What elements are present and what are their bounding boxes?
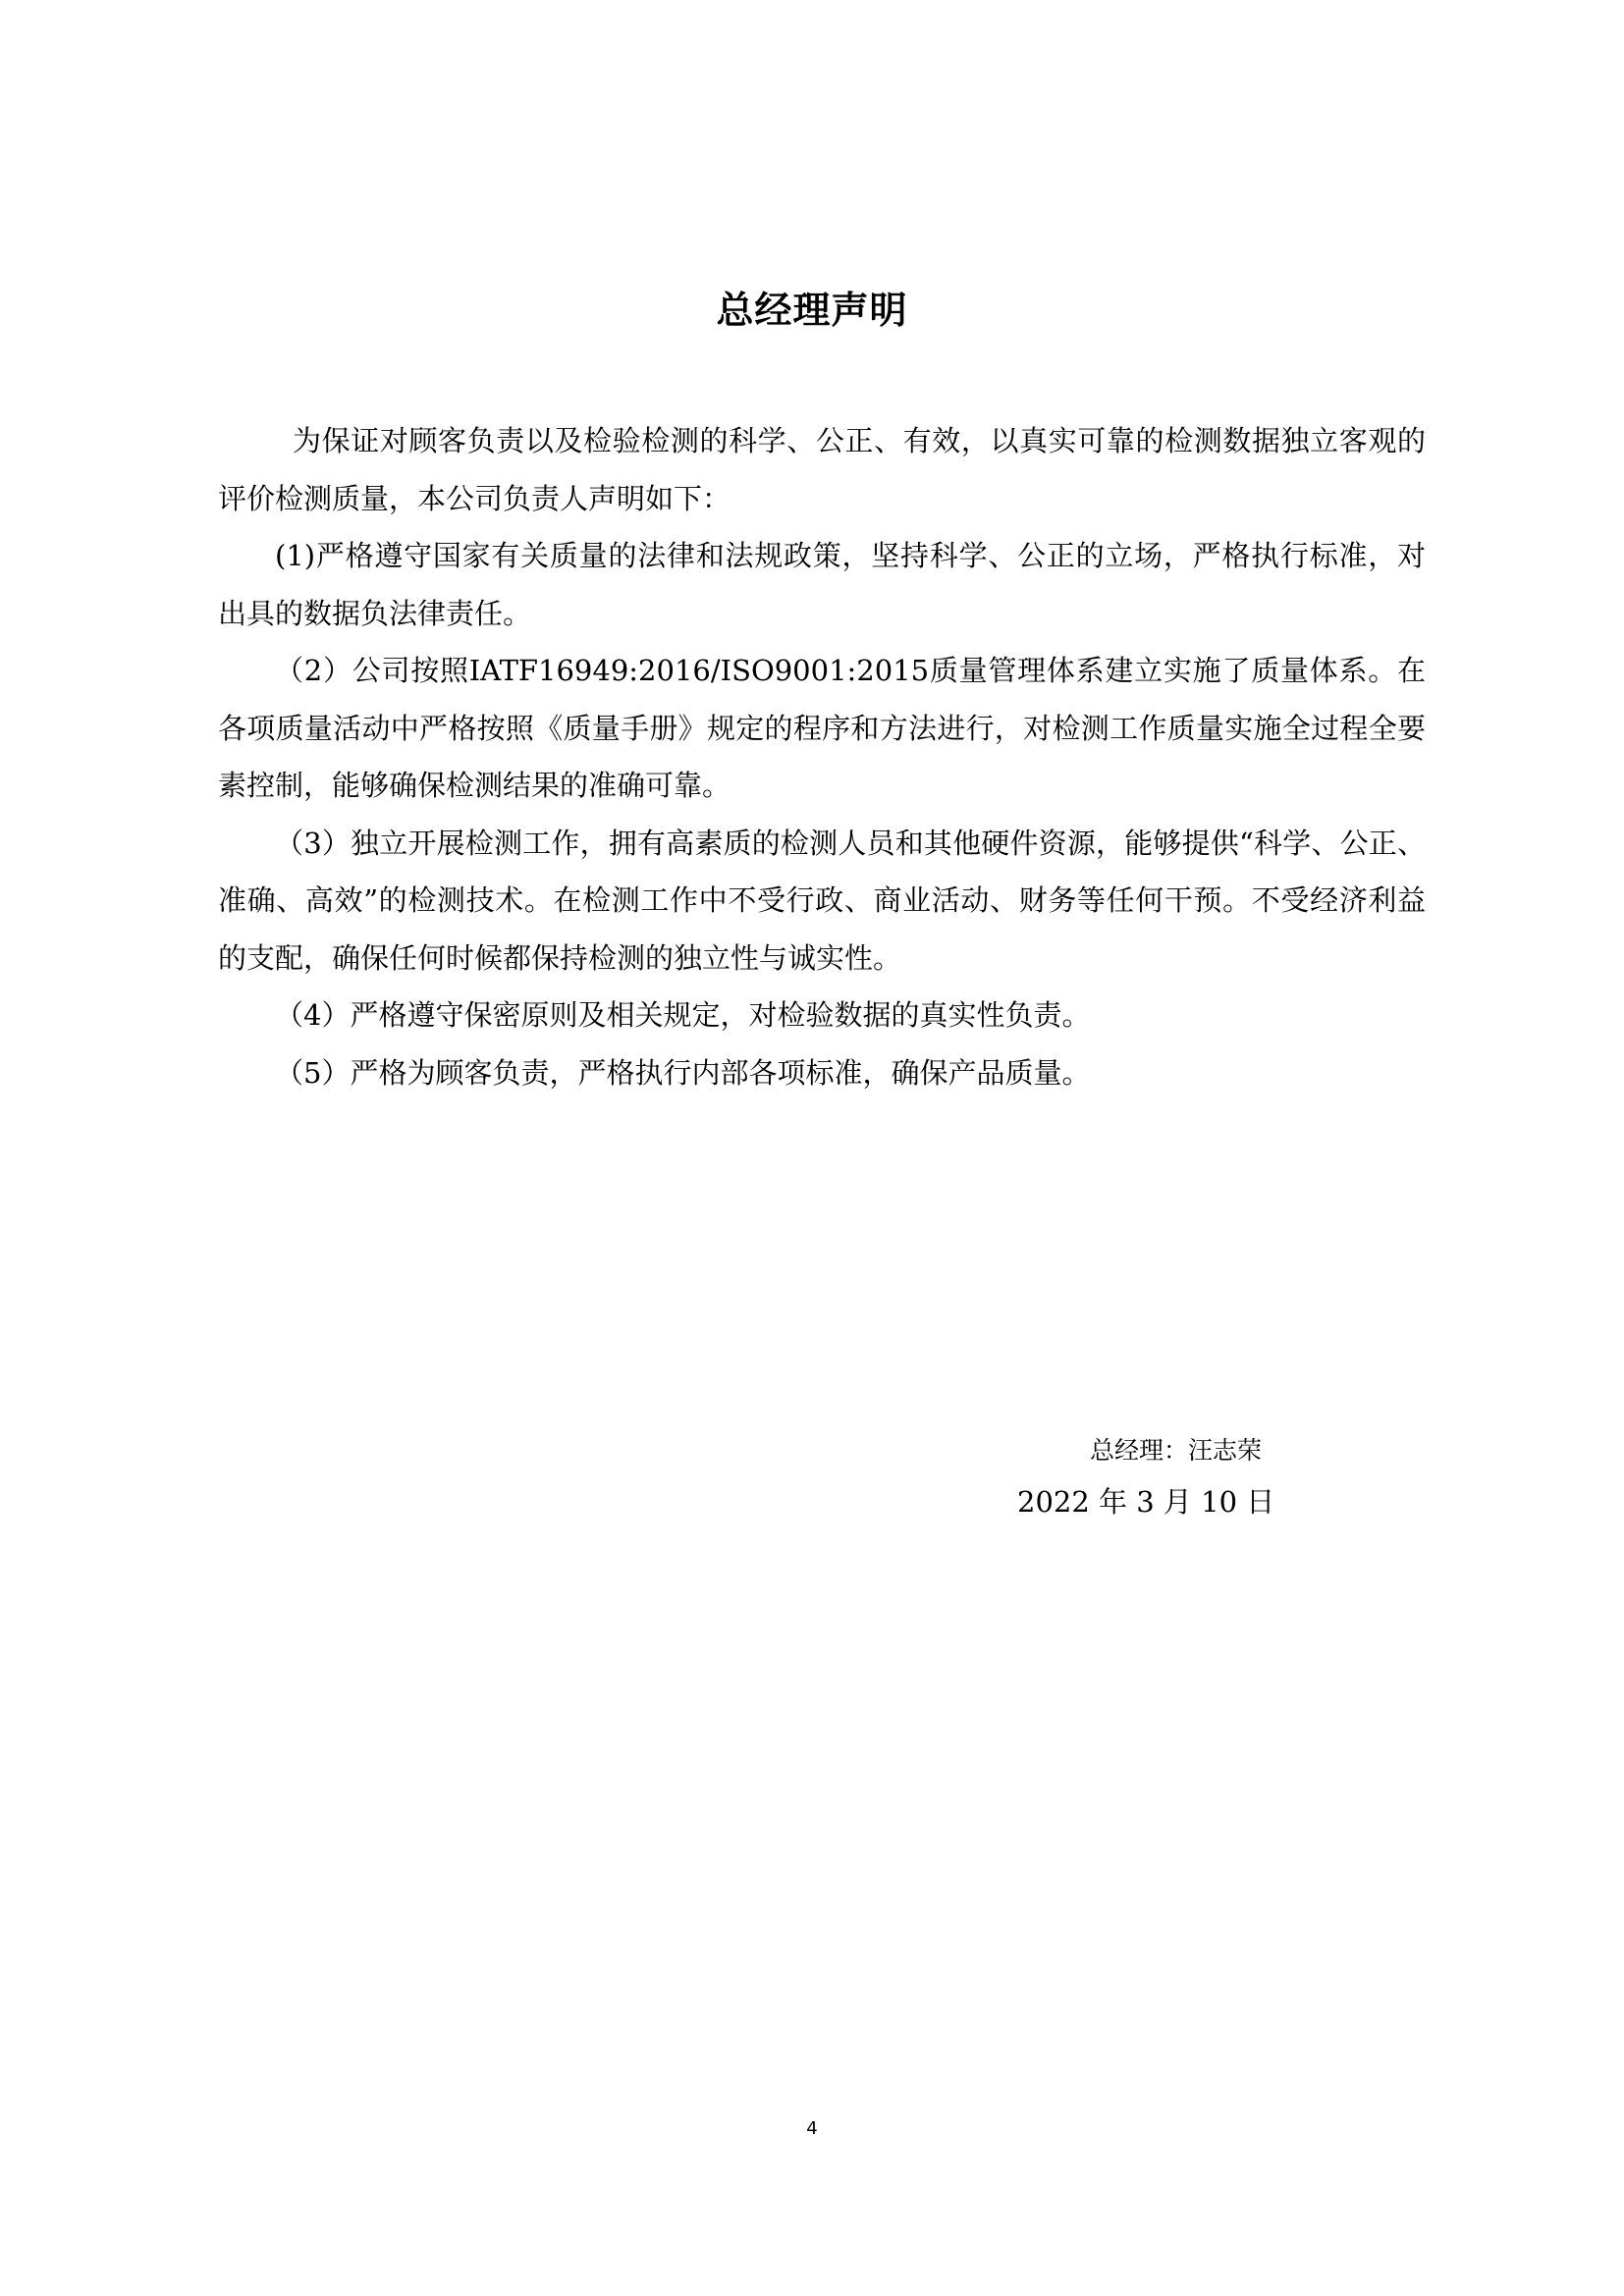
clause-2: （2）公司按照IATF16949:2016/ISO9001:2015质量管理体系…: [218, 642, 1426, 815]
page-number: 4: [0, 2118, 1624, 2139]
intro-paragraph: 为保证对顾客负责以及检验检测的科学、公正、有效，以真实可靠的检测数据独立客观的评…: [218, 412, 1426, 527]
clause-4: （4）严格遵守保密原则及相关规定，对检验数据的真实性负责。: [218, 987, 1426, 1044]
clause-3: （3）独立开展检测工作，拥有高素质的检测人员和其他硬件资源，能够提供“科学、公正…: [218, 815, 1426, 988]
document-title: 总经理声明: [0, 280, 1624, 334]
clause-1: (1)严格遵守国家有关质量的法律和法规政策，坚持科学、公正的立场，严格执行标准，…: [218, 527, 1426, 642]
clause-5: （5）严格为顾客负责，严格执行内部各项标准，确保产品质量。: [218, 1044, 1426, 1102]
signature-name: 总经理：汪志荣: [1090, 1431, 1262, 1467]
statement-body: 为保证对顾客负责以及检验检测的科学、公正、有效，以真实可靠的检测数据独立客观的评…: [218, 412, 1426, 1101]
signature-date: 2022 年 3 月 10 日: [1017, 1480, 1274, 1521]
